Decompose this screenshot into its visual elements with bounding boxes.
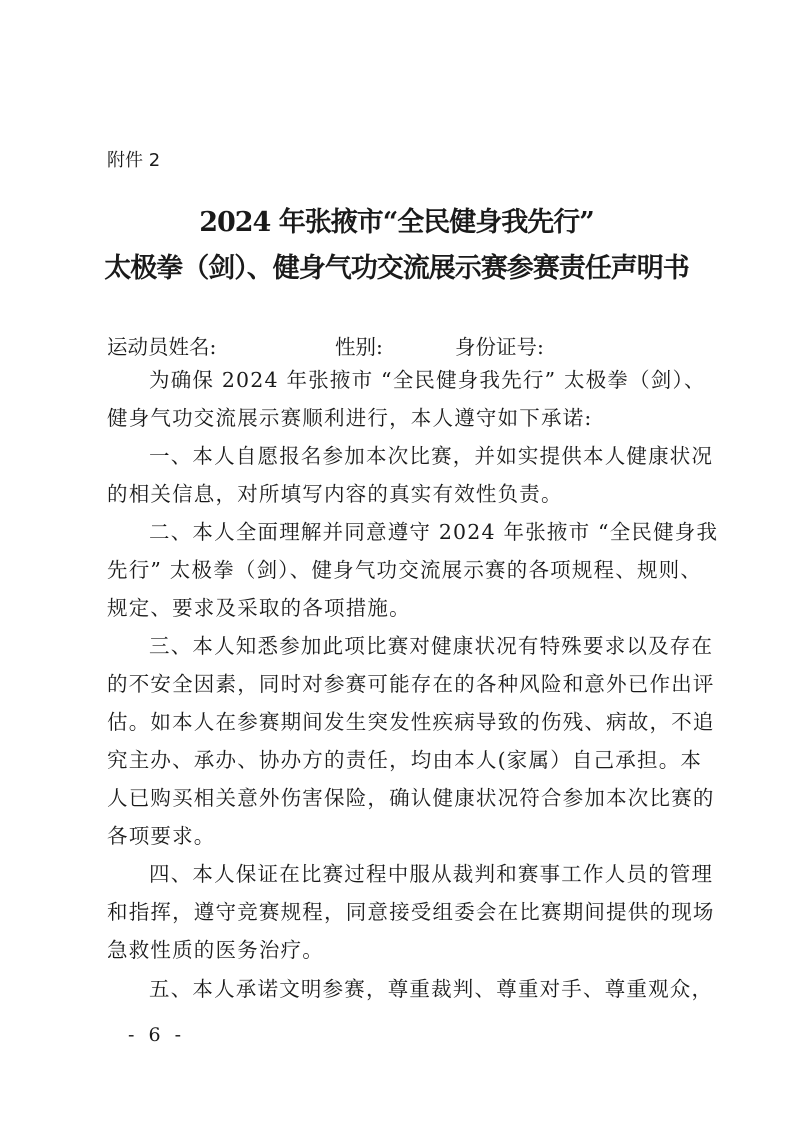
athlete-name-label: 运动员姓名: (107, 330, 216, 360)
clause-1-line-2: 的相关信息，对所填写内容的真实有效性负责。 (107, 482, 697, 506)
clause-4-line-2: 和指挥，遵守竞赛规程，同意接受组委会在比赛期间提供的现场 (107, 900, 697, 924)
clause-3-line-5: 人已购买相关意外伤害保险，确认健康状况符合参加本次比赛的 (107, 786, 697, 810)
clause-1-line-1: 一、本人自愿报名参加本次比赛，并如实提供本人健康状况 (149, 444, 697, 468)
clause-3-line-6: 各项要求。 (107, 824, 697, 848)
clause-4-line-1: 四、本人保证在比赛过程中服从裁判和赛事工作人员的管理 (149, 862, 697, 886)
clause-2-line-1: 二、本人全面理解并同意遵守 2024 年张掖市 “全民健身我 (149, 520, 697, 544)
paragraph-intro-line-1: 为确保 2024 年张掖市 “全民健身我先行” 太极拳（剑）、 (149, 368, 697, 392)
clause-2-line-3: 规定、要求及采取的各项措施。 (107, 596, 697, 620)
clause-4-line-3: 急救性质的医务治疗。 (107, 938, 697, 962)
clause-3-line-1: 三、本人知悉参加此项比赛对健康状况有特殊要求以及存在 (149, 634, 697, 658)
clause-2-line-2: 先行” 太极拳（剑）、健身气功交流展示赛的各项规程、规则、 (107, 558, 697, 582)
page-number: - 6 - (128, 1024, 185, 1046)
attachment-label: 附件 2 (107, 146, 160, 172)
clause-5-line-1: 五、本人承诺文明参赛，尊重裁判、尊重对手、尊重观众， (149, 977, 697, 1001)
document-title-line-1: 2024 年张掖市“全民健身我先行” (0, 200, 793, 239)
paragraph-intro-line-2: 健身气功交流展示赛顺利进行，本人遵守如下承诺: (107, 406, 697, 430)
clause-3-line-2: 的不安全因素，同时对参赛可能存在的各种风险和意外已作出评 (107, 672, 697, 696)
gender-label: 性别: (335, 330, 383, 360)
clause-3-line-4: 究主办、承办、协办方的责任，均由本人(家属）自己承担。本 (107, 748, 697, 772)
document-title-line-2: 太极拳（剑）、健身气功交流展示赛参赛责任声明书 (0, 246, 793, 285)
clause-3-line-3: 估。如本人在参赛期间发生突发性疾病导致的伤残、病故，不追 (107, 710, 697, 734)
id-number-label: 身份证号: (455, 330, 544, 360)
